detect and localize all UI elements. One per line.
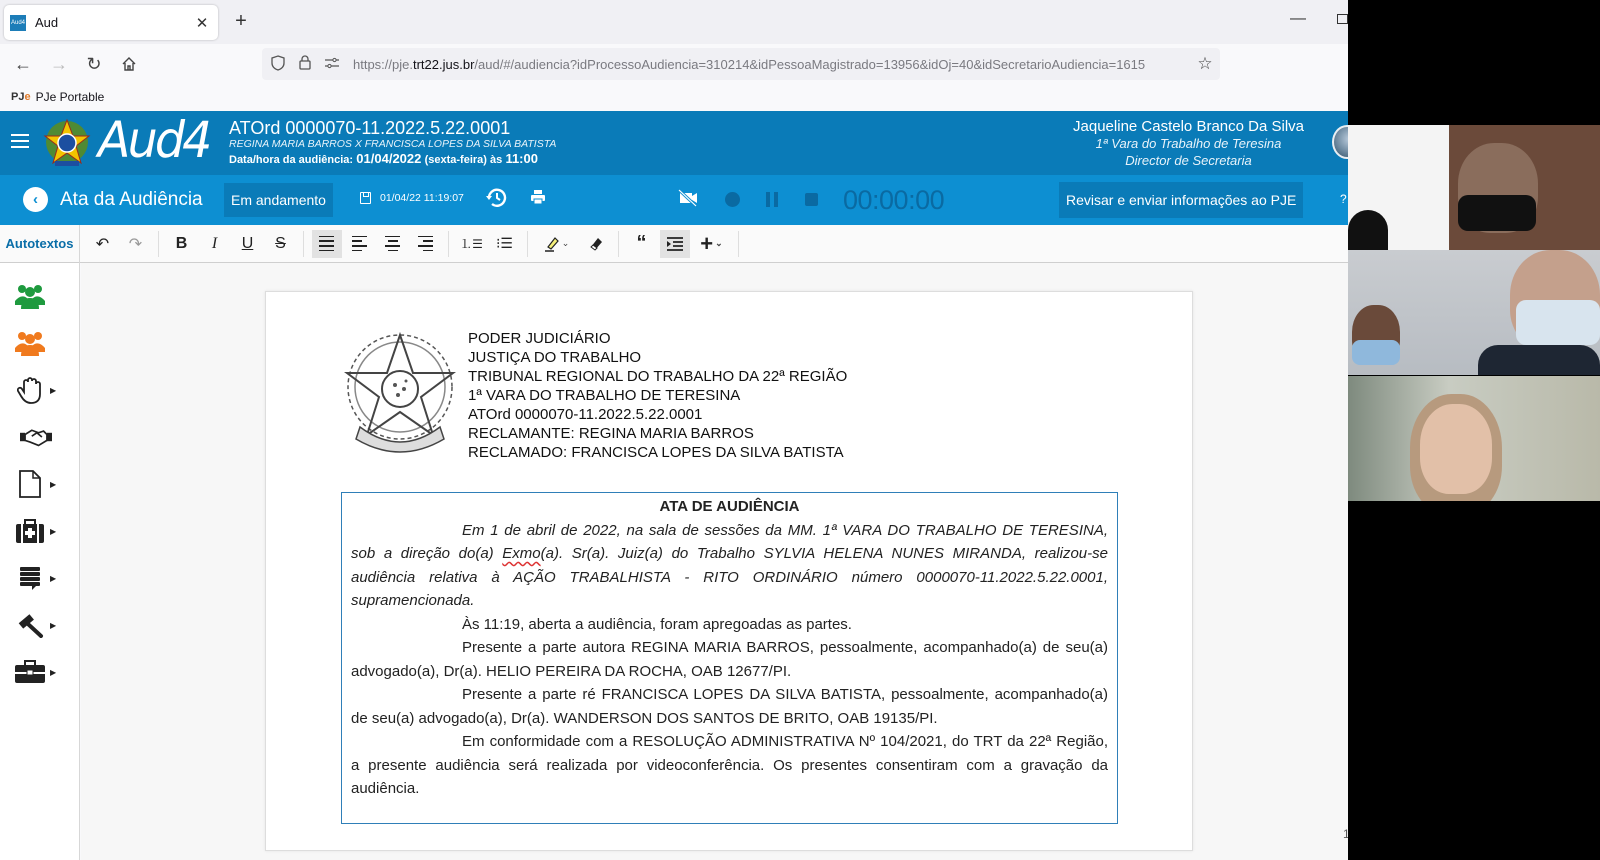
browser-window: Aud4 Aud ✕ + — ← → ↻ [0, 0, 1348, 860]
pje-logo-icon: PJe [11, 91, 31, 103]
ata-paragraph-plaintiff: Presente a parte autora REGINA MARIA BAR… [351, 636, 1108, 683]
undo-icon[interactable]: ↶ [88, 230, 118, 258]
action-bar: ‹ Ata da Audiência Em andamento 01/04/22… [0, 175, 1348, 225]
close-tab-icon[interactable]: ✕ [192, 14, 212, 32]
user-name: Jaqueline Castelo Branco Da Silva [1073, 118, 1304, 135]
bookmarks-bar: PJe PJe Portable [0, 84, 1348, 110]
header-line: JUSTIÇA DO TRABALHO [468, 348, 847, 367]
hearing-weekday: (sexta-feira) às [425, 154, 503, 166]
italic-icon[interactable]: I [200, 230, 230, 258]
user-info: Jaqueline Castelo Branco Da Silva 1ª Var… [1073, 118, 1304, 169]
hearing-time: 11:00 [505, 151, 538, 166]
sidebar-item-parties-absent[interactable] [14, 323, 64, 363]
app-version: 1.1.2 [1343, 827, 1348, 841]
sidebar-item-medical[interactable]: ▶ [14, 511, 64, 551]
header-line: TRIBUNAL REGIONAL DO TRABALHO DA 22ª REG… [468, 367, 847, 386]
back-chevron-icon[interactable]: ‹ [23, 187, 48, 212]
header-line: RECLAMANTE: REGINA MARIA BARROS [468, 424, 847, 443]
header-line: PODER JUDICIÁRIO [468, 329, 847, 348]
sidebar-item-agreement[interactable] [20, 417, 70, 457]
numbered-list-icon[interactable]: ⒈☰ [457, 230, 487, 258]
align-justify-icon[interactable] [312, 230, 342, 258]
header-line: RECLAMADO: FRANCISCA LOPES DA SILVA BATI… [468, 443, 847, 462]
document-canvas[interactable]: PODER JUDICIÁRIO JUSTIÇA DO TRABALHO TRI… [81, 263, 1348, 860]
process-parties: REGINA MARIA BARROS X FRANCISCA LOPES DA… [229, 138, 556, 150]
minimize-icon[interactable]: — [1290, 10, 1306, 28]
align-center-icon[interactable] [378, 230, 408, 258]
underline-icon[interactable]: U [233, 230, 263, 258]
highlight-icon[interactable]: ⌄ [536, 230, 578, 258]
datetime-label: Data/hora da audiência: [229, 154, 353, 166]
nav-bar: ← → ↻ https://pje.trt22.jus.br/aud/#/aud… [0, 44, 1348, 84]
user-role: Director de Secretaria [1073, 152, 1304, 169]
caret-right-icon: ▶ [50, 621, 56, 630]
page-title: Ata da Audiência [60, 189, 203, 211]
orange-users-icon [14, 327, 46, 359]
new-tab-icon[interactable]: + [230, 10, 252, 33]
video-tile-participant-2 [1348, 250, 1600, 375]
record-icon[interactable] [725, 192, 740, 207]
save-icon [360, 192, 371, 204]
header-line: ATOrd 0000070-11.2022.5.22.0001 [468, 405, 847, 424]
review-send-button[interactable]: Revisar e enviar informações ao PJE [1059, 182, 1303, 218]
back-arrow-icon[interactable]: ← [11, 52, 35, 76]
spellcheck-word[interactable]: Exmo [502, 545, 540, 562]
caret-right-icon: ▶ [50, 386, 56, 395]
sidebar-item-hand[interactable]: ▶ [14, 370, 64, 410]
restore-icon[interactable] [1337, 14, 1348, 24]
chevron-down-icon: ⌄ [562, 238, 570, 249]
user-org: 1ª Vara do Trabalho de Teresina [1073, 135, 1304, 152]
comment-list-icon [14, 562, 46, 594]
handshake-icon [20, 421, 52, 453]
header-line: 1ª VARA DO TRABALHO DE TERESINA [468, 386, 847, 405]
bookmark-star-icon[interactable]: ☆ [1190, 54, 1220, 74]
eraser-icon[interactable] [581, 230, 611, 258]
url-text[interactable]: https://pje.trt22.jus.br/aud/#/audiencia… [353, 57, 1190, 72]
caret-right-icon: ▶ [50, 574, 56, 583]
tab-title: Aud [35, 15, 192, 30]
hearing-datetime: Data/hora da audiência: 01/04/2022 (sext… [229, 151, 538, 166]
overflow-icon[interactable]: ? [1340, 192, 1347, 206]
camera-off-icon[interactable] [678, 189, 698, 212]
ata-paragraph-opening-time: Às 11:19, aberta a audiência, foram apre… [351, 613, 1108, 637]
url-domain: trt22.jus.br [413, 57, 474, 72]
stop-icon[interactable] [805, 193, 818, 206]
sidebar-item-judgment[interactable]: ▶ [14, 605, 64, 645]
gavel-icon [14, 609, 46, 641]
screen: Aud4 Aud ✕ + — ← → ↻ [0, 0, 1600, 860]
hearing-date: 01/04/2022 [356, 151, 421, 166]
autotext-sidebar: ▶ ▶ ▶ [0, 263, 80, 860]
reload-icon[interactable]: ↻ [82, 52, 106, 76]
medical-kit-icon [14, 515, 46, 547]
video-tile-participant-1 [1348, 125, 1600, 250]
brazil-emblem-icon [43, 117, 91, 169]
forward-arrow-icon[interactable]: → [47, 52, 71, 76]
avatar[interactable] [1332, 125, 1348, 159]
status-badge: Em andamento [224, 183, 333, 217]
aud4-favicon-icon: Aud4 [10, 15, 26, 31]
document-header: PODER JUDICIÁRIO JUSTIÇA DO TRABALHO TRI… [468, 329, 847, 462]
document-icon [14, 468, 46, 500]
redo-icon[interactable]: ↷ [121, 230, 151, 258]
url-prefix: https://pje. [353, 57, 413, 72]
editor-toolbar: Autotextos ↶ ↷ B I U S ⒈☰ ⁝☰ [0, 225, 1348, 263]
history-icon[interactable] [485, 188, 507, 214]
browser-tab[interactable]: Aud4 Aud ✕ [4, 5, 218, 40]
print-icon[interactable] [530, 189, 546, 210]
menu-icon[interactable] [11, 134, 29, 148]
url-path: /aud/#/audiencia?idProcessoAudiencia=310… [474, 57, 1145, 72]
sidebar-item-documents[interactable]: ▶ [14, 464, 64, 504]
caret-right-icon: ▶ [50, 527, 56, 536]
recording-timer: 00:00:00 [843, 185, 944, 216]
pause-icon[interactable] [766, 192, 778, 207]
bold-icon[interactable]: B [167, 230, 197, 258]
shield-icon[interactable] [267, 55, 289, 74]
insert-plus-icon[interactable]: +⌄ [693, 230, 731, 258]
sidebar-item-parties-present[interactable] [14, 276, 64, 316]
aud4-logo: Aud4 [98, 111, 210, 169]
home-icon[interactable] [117, 52, 141, 76]
document-page[interactable]: PODER JUDICIÁRIO JUSTIÇA DO TRABALHO TRI… [265, 291, 1193, 851]
blockquote-icon[interactable]: “ [627, 230, 657, 258]
strikethrough-icon[interactable]: S [266, 230, 296, 258]
site-permissions-icon[interactable] [321, 56, 343, 72]
bulleted-list-icon[interactable]: ⁝☰ [490, 230, 520, 258]
video-tile-participant-3 [1348, 376, 1600, 501]
ata-title: ATA DE AUDIÊNCIA [351, 495, 1108, 519]
sidebar-item-comments[interactable]: ▶ [14, 558, 64, 598]
tab-strip: Aud4 Aud ✕ + — [0, 0, 1348, 44]
sidebar-item-briefcase[interactable]: ▶ [14, 652, 64, 692]
ata-paragraph-defendant: Presente a parte ré FRANCISCA LOPES DA S… [351, 683, 1108, 730]
app-header: Aud4 ATOrd 0000070-11.2022.5.22.0001 REG… [0, 111, 1348, 175]
lock-icon[interactable] [294, 55, 316, 73]
brazil-coat-of-arms-icon [340, 327, 460, 457]
process-number: ATOrd 0000070-11.2022.5.22.0001 [229, 118, 510, 139]
bookmark-pje-portable[interactable]: PJe Portable [36, 90, 105, 104]
last-saved: 01/04/22 11:19:07 [360, 192, 464, 204]
autotextos-tab[interactable]: Autotextos [0, 225, 80, 263]
briefcase-icon [14, 656, 46, 688]
caret-right-icon: ▶ [50, 668, 56, 677]
align-right-icon[interactable] [411, 230, 441, 258]
align-left-icon[interactable] [345, 230, 375, 258]
caret-right-icon: ▶ [50, 480, 56, 489]
ata-paragraph-opening: Em 1 de abril de 2022, na sala de sessõe… [351, 519, 1108, 613]
ata-paragraph-videoconference: Em conformidade com a RESOLUÇÃO ADMINIST… [351, 730, 1108, 801]
hand-icon [14, 374, 46, 406]
address-bar[interactable]: https://pje.trt22.jus.br/aud/#/audiencia… [262, 48, 1220, 80]
ata-editable-section[interactable]: ATA DE AUDIÊNCIA Em 1 de abril de 2022, … [341, 492, 1118, 824]
indent-icon[interactable] [660, 230, 690, 258]
saved-timestamp: 01/04/22 11:19:07 [380, 192, 464, 204]
chevron-down-icon: ⌄ [715, 238, 723, 249]
green-users-icon [14, 280, 46, 312]
